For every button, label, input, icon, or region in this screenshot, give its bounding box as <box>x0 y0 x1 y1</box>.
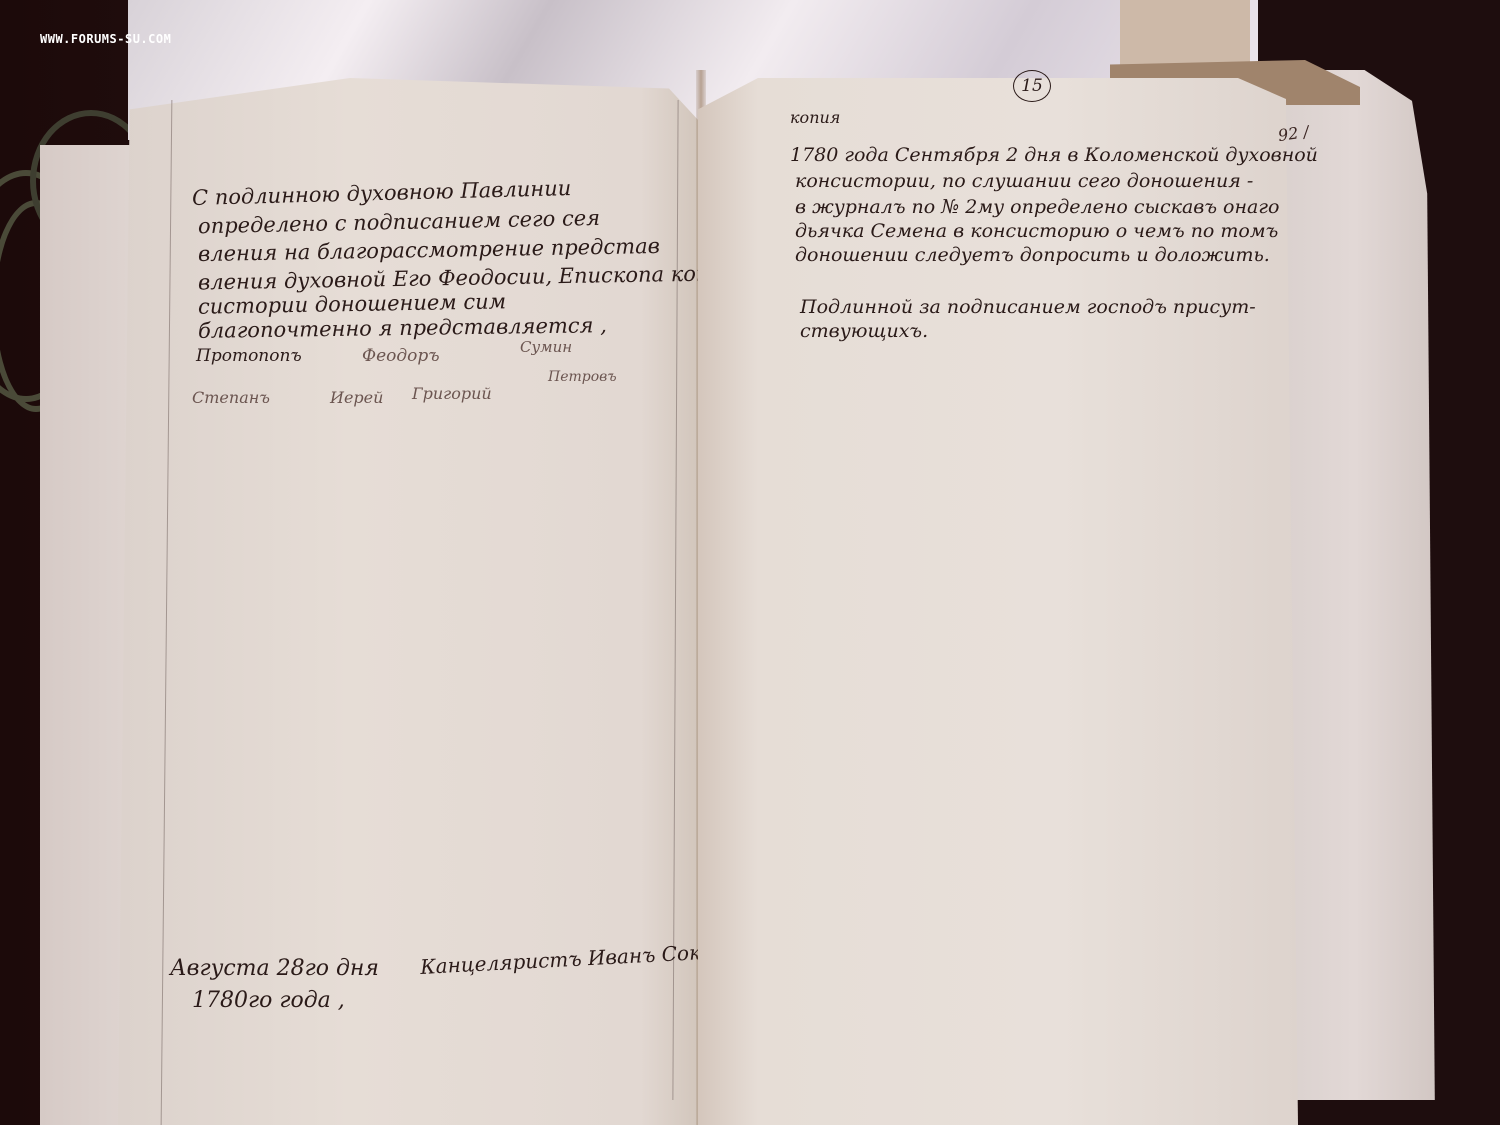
attestation-line: Подлинной за подписанием господъ присут- <box>800 298 1256 317</box>
closing-year: 1780го года , <box>192 990 345 1012</box>
signature-priest-1: Степанъ <box>192 390 270 406</box>
left-body-line: систории доношением сим <box>198 291 506 317</box>
closing-date: Августа 28го дня <box>170 958 379 980</box>
watermark: WWW.FORUMS-SU.COM <box>40 32 171 46</box>
right-body-line: дьячка Семена в консисторию о чемъ по то… <box>795 222 1278 241</box>
signature-archpriest: Протопопъ <box>196 348 302 365</box>
signature-priest-2: Иерей <box>330 390 383 406</box>
signature-priest-3: Григорий <box>412 386 492 402</box>
right-body-line: консистории, по слушании сего доношения … <box>795 172 1253 191</box>
signature-name: Феодоръ <box>362 348 440 365</box>
folio-number: 15 <box>1013 70 1051 102</box>
right-body-line: доношении следуетъ допросить и доложить. <box>795 246 1270 265</box>
right-body-line: 1780 года Сентября 2 дня в Коломенской д… <box>790 146 1318 165</box>
signature-priest-4: Петровъ <box>548 370 617 384</box>
signature-surname: Сумин <box>520 340 572 355</box>
copy-heading: копия <box>790 110 840 126</box>
right-body-line: в журналъ по № 2му определено сыскавъ он… <box>795 198 1279 217</box>
back-sheet <box>1120 0 1250 65</box>
attestation-line: ствующихъ. <box>800 322 928 341</box>
